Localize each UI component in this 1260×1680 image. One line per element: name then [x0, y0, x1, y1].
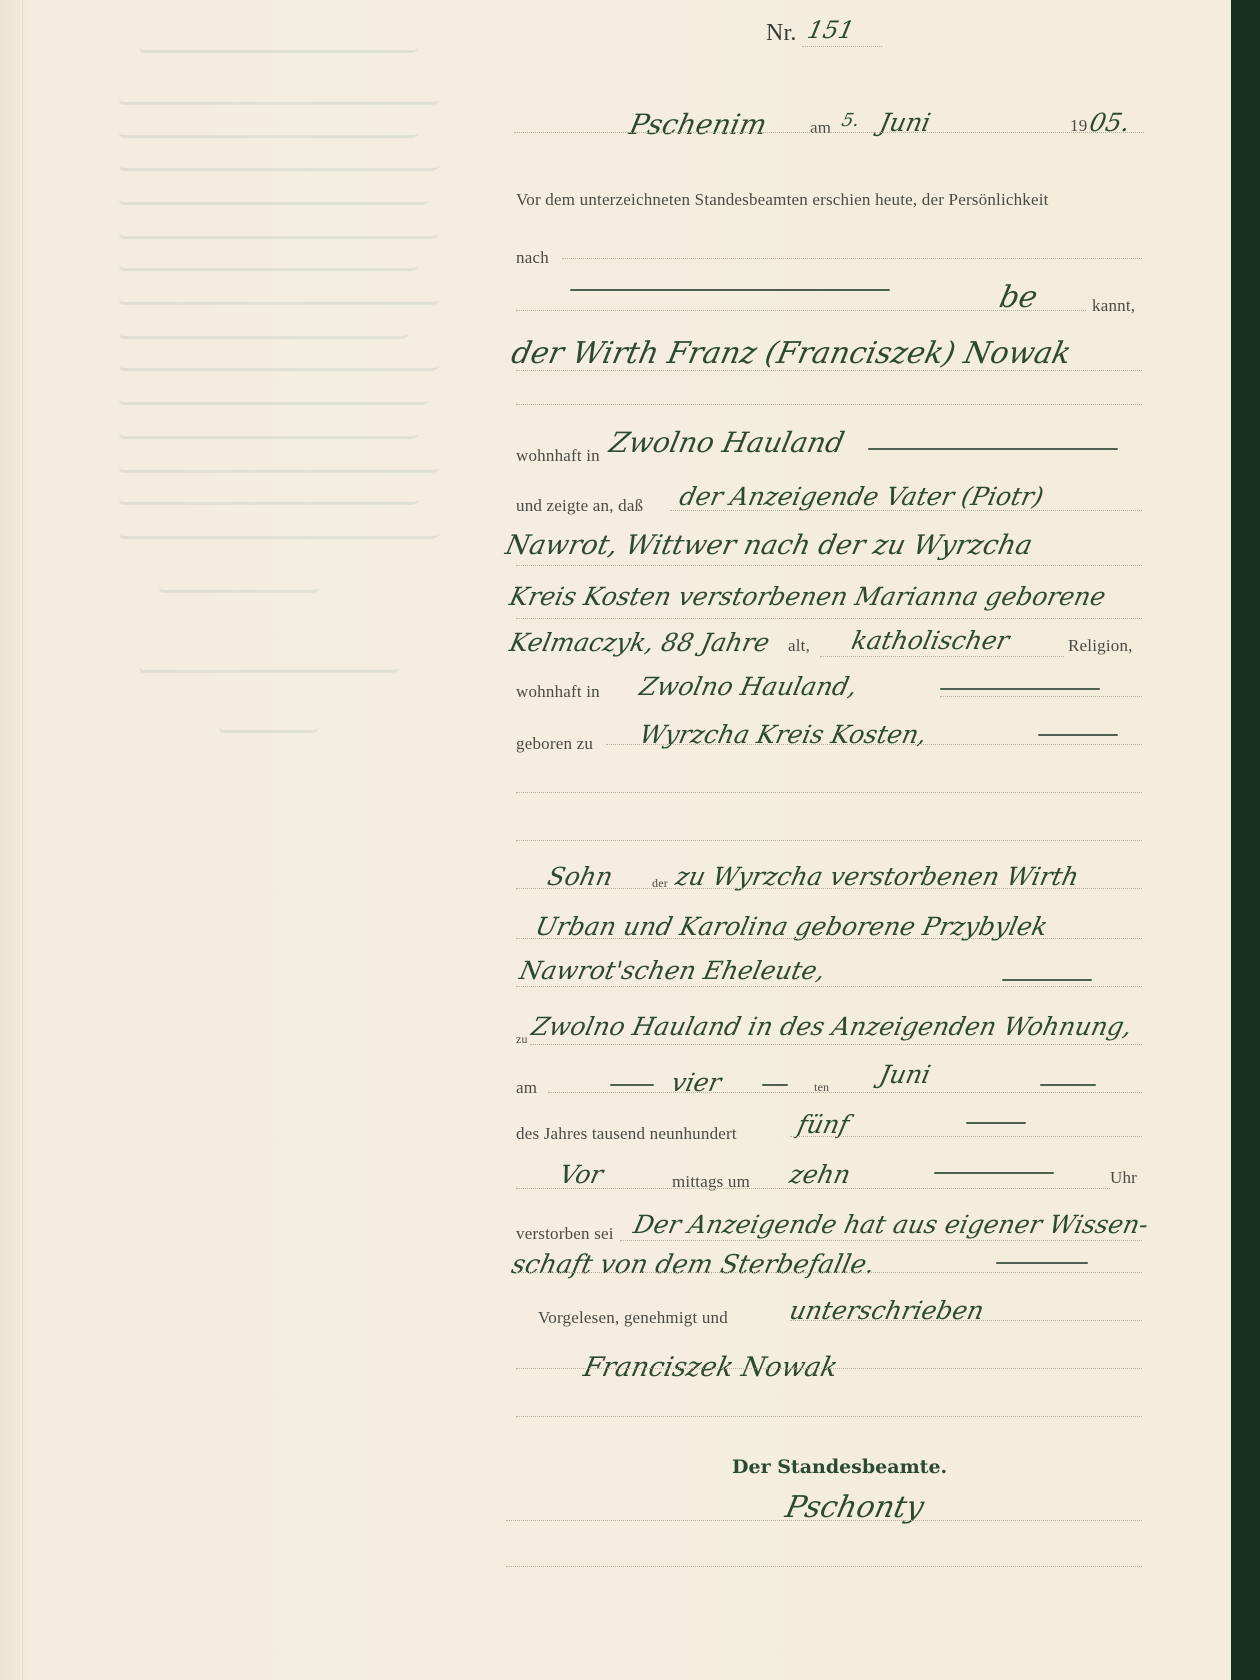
date-prefix: am — [810, 118, 831, 138]
announce-line-4: Kelmaczyk, 88 Jahre — [507, 628, 772, 657]
dotted-line — [606, 744, 1142, 745]
strike-dash — [940, 688, 1100, 690]
parents-line-1: zu Wyrzcha verstorbenen Wirth — [673, 862, 1082, 891]
strike-dash — [1038, 734, 1118, 736]
dotted-line — [620, 1240, 1142, 1241]
death-date-label: am — [516, 1078, 537, 1098]
dotted-line — [820, 656, 1064, 657]
place-name: Pschenim — [626, 108, 769, 141]
year-label: des Jahres tausend neunhundert — [516, 1124, 737, 1144]
death-place-label: zu — [516, 1032, 528, 1047]
dotted-line — [670, 510, 1142, 511]
dotted-line — [516, 1368, 1142, 1369]
dotted-line — [516, 888, 1142, 889]
deceased-residence-label: wohnhaft in — [516, 682, 600, 702]
strike-dash — [868, 448, 1118, 450]
dotted-line — [506, 1520, 1142, 1521]
residence-label: wohnhaft in — [516, 446, 600, 466]
strike-dash — [762, 1084, 788, 1086]
dotted-line — [516, 792, 1142, 793]
bleed-through-text — [80, 40, 460, 800]
binding-strip — [1231, 0, 1260, 1680]
official-title: Der Standesbeamte. — [732, 1456, 947, 1478]
death-year: fünf — [795, 1110, 852, 1139]
dotted-line — [516, 1188, 1110, 1189]
bekannt-printed: kannt, — [1092, 296, 1135, 316]
dotted-line — [516, 404, 1142, 405]
dotted-line — [790, 1136, 1142, 1137]
death-place-value: Zwolno Hauland in des Anzeigenden Wohnun… — [529, 1012, 1135, 1041]
nach-label: nach — [516, 248, 549, 268]
religion-label: Religion, — [1068, 636, 1133, 656]
residence-value: Zwolno Hauland — [606, 426, 847, 459]
deceased-residence-value: Zwolno Hauland, — [637, 672, 860, 701]
parents-son: Sohn — [545, 862, 616, 891]
announce-line-1: der Anzeigende Vater (Piotr) — [677, 482, 1046, 511]
dotted-line — [506, 1566, 1142, 1567]
announce-label: und zeigte an, daß — [516, 496, 643, 516]
age-label: alt, — [788, 636, 810, 656]
register-page: Nr. 151 Pschenim am 5. Juni 19 05. Vor d… — [0, 0, 1231, 1680]
date-day: 5. — [840, 110, 862, 131]
dotted-line — [516, 370, 1142, 371]
strike-dash — [1002, 979, 1092, 981]
intro-text: Vor dem unterzeichneten Standesbeamten e… — [516, 190, 1049, 210]
announce-line-2: Nawrot, Wittwer nach der zu Wyrzcha — [503, 530, 1035, 561]
death-hour: zehn — [787, 1160, 853, 1189]
dotted-line — [790, 1320, 1142, 1321]
dotted-line — [516, 986, 1142, 987]
strike-dash — [570, 289, 890, 291]
dotted-line — [548, 1092, 1142, 1093]
strike-dash — [610, 1084, 654, 1086]
dotted-line — [530, 1044, 1142, 1045]
dotted-line — [516, 1272, 1142, 1273]
knowledge-line-2: schaft von dem Sterbefalle. — [509, 1250, 878, 1280]
number-label: Nr. — [766, 20, 797, 47]
read-label: Vorgelesen, genehmigt und — [538, 1308, 728, 1328]
religion-value: katholischer — [849, 626, 1012, 655]
dotted-line — [516, 618, 1142, 619]
time-prefix: Vor — [557, 1160, 606, 1189]
strike-dash — [934, 1172, 1054, 1174]
uhr-label: Uhr — [1110, 1168, 1137, 1188]
strike-dash — [1040, 1084, 1096, 1086]
year-printed: 19 — [1070, 116, 1087, 136]
strike-dash — [966, 1122, 1026, 1124]
birth-label: geboren zu — [516, 734, 593, 754]
parents-line-2: Urban und Karolina geborene Przybylek — [533, 912, 1050, 941]
record-number: 151 — [805, 16, 857, 44]
knowledge-line-1: Der Anzeigende hat aus eigener Wissen- — [631, 1210, 1151, 1239]
parents-line-3: Nawrot'schen Eheleute, — [517, 956, 828, 985]
verstorben-label: verstorben sei — [516, 1224, 614, 1244]
page-gutter — [19, 0, 23, 1680]
death-month: Juni — [877, 1060, 933, 1089]
informant-name: der Wirth Franz (Franciszek) Nowak — [508, 336, 1074, 371]
mittags-label: mittags um — [672, 1172, 750, 1192]
dotted-line — [516, 938, 1142, 939]
dotted-line — [516, 310, 1086, 311]
dotted-line — [802, 46, 882, 47]
strike-dash — [996, 1262, 1088, 1264]
dotted-line — [516, 1416, 1142, 1417]
dotted-line — [940, 696, 1142, 697]
announce-line-3: Kreis Kosten verstorbenen Marianna gebor… — [507, 582, 1109, 611]
dotted-line — [514, 132, 1144, 133]
dotted-line — [516, 840, 1142, 841]
dotted-line — [562, 258, 1142, 259]
dotted-line — [516, 565, 1142, 566]
